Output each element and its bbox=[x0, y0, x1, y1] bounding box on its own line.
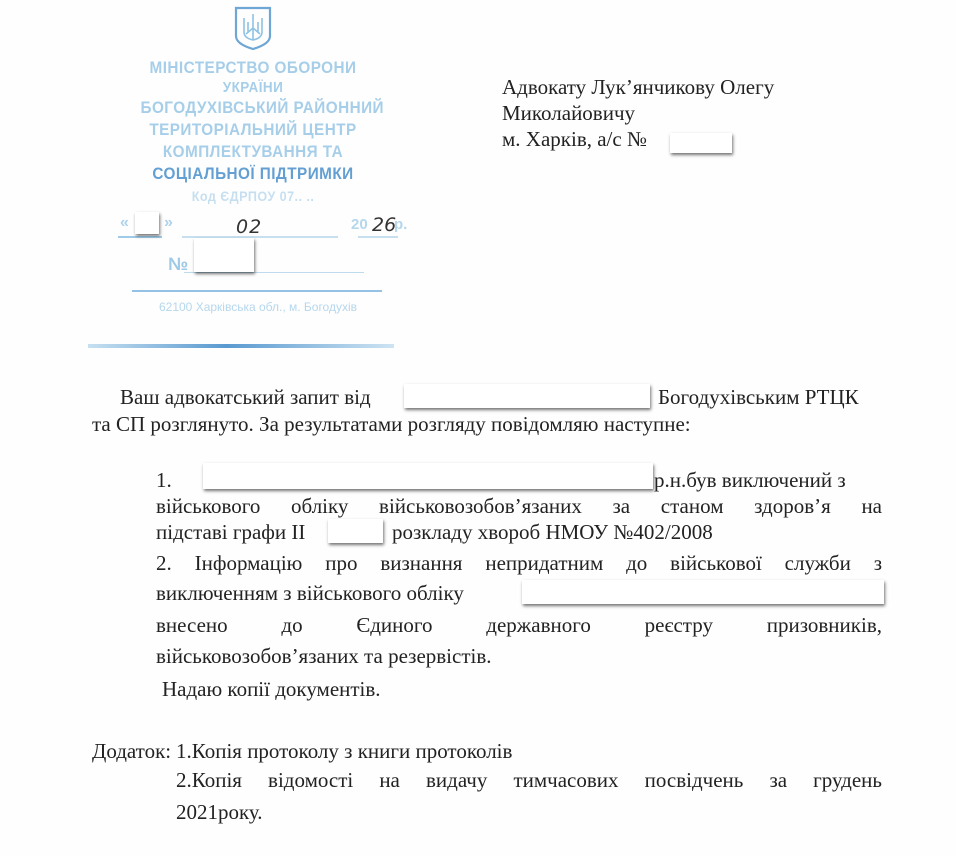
day-underline bbox=[118, 236, 162, 238]
stamp-line-center: ТЕРИТОРІАЛЬНИЙ ЦЕНТР bbox=[141, 120, 366, 140]
official-stamp: МІНІСТЕРСТВО ОБОРОНИ УКРАЇНИ БОГОДУХІВСЬ… bbox=[88, 0, 408, 360]
addressee-line-3: м. Харків, а/с № bbox=[502, 126, 774, 152]
attachments-label: Додаток: bbox=[92, 738, 171, 764]
number-underline bbox=[184, 272, 364, 273]
stamp-bottom-line bbox=[88, 344, 394, 348]
stamp-line-country: УКРАЇНИ bbox=[141, 78, 366, 98]
addressee-block: Адвокату Лук’янчикову Олегу Миколайовичу… bbox=[502, 74, 774, 152]
item-1-line-3-part-1: підставі графи ІІ bbox=[156, 519, 305, 545]
item-1-line-2: військового обліку військовозобов’язаних… bbox=[156, 493, 882, 519]
intro-part-2: Богодухівським РТЦК bbox=[658, 384, 859, 410]
item-2-line-2: виключенням з військового обліку bbox=[156, 580, 464, 606]
intro-part-1: Ваш адвокатський запит від bbox=[120, 384, 371, 410]
item-2-line-1: 2. Інформацію про визнання непридатним д… bbox=[156, 550, 882, 576]
stamp-line-recruitment: КОМПЛЕКТУВАННЯ ТА bbox=[141, 142, 366, 162]
item-2-line-4: військовозобов’язаних та резервістів. bbox=[156, 643, 492, 669]
intro-line-2: та СП розглянуто. За результатами розгля… bbox=[92, 411, 691, 437]
attachment-item-1: 1.Копія протоколу з книги протоколів bbox=[176, 738, 512, 764]
stamp-separator bbox=[132, 290, 382, 292]
stamp-line-district: БОГОДУХІВСЬКИЙ РАЙОННИЙ bbox=[141, 98, 366, 118]
year-prefix: 20 bbox=[351, 216, 368, 233]
year-underline bbox=[358, 236, 398, 238]
handwritten-year: 26 bbox=[372, 214, 396, 236]
redaction-request-date bbox=[404, 384, 650, 408]
item-1-part-1: р.н.був виключений з bbox=[654, 467, 846, 493]
item-1-line-3-part-2: розкладу хвороб НМОУ №402/2008 bbox=[392, 519, 713, 545]
redaction-day bbox=[135, 212, 159, 234]
item-2-line-3: внесено до Єдиного державного реєстру пр… bbox=[156, 612, 882, 638]
stamp-line-support: СОЦІАЛЬНОЇ ПІДТРИМКИ bbox=[141, 164, 366, 184]
stamp-line-ministry: МІНІСТЕРСТВО ОБОРОНИ bbox=[141, 58, 366, 78]
date-quote-open: « bbox=[120, 214, 129, 232]
addressee-line-1: Адвокату Лук’янчикову Олегу bbox=[502, 74, 774, 100]
letter-page: МІНІСТЕРСТВО ОБОРОНИ УКРАЇНИ БОГОДУХІВСЬ… bbox=[0, 0, 956, 856]
handwritten-month: 02 bbox=[236, 216, 262, 238]
redaction-po-box bbox=[670, 133, 732, 153]
redaction-person-name-2 bbox=[522, 580, 884, 604]
stamp-address: 62100 Харківська обл., м. Богодухів bbox=[158, 300, 358, 314]
attachment-item-2-line-1: 2.Копія відомості на видачу тимчасових п… bbox=[176, 767, 882, 793]
stamp-date-row: « » 02 20 26 р. bbox=[118, 214, 398, 244]
addressee-line-2: Миколайовичу bbox=[502, 100, 774, 126]
stamp-line-code: Код ЄДРПОУ 07.. .. bbox=[141, 186, 366, 206]
year-suffix: р. bbox=[394, 216, 407, 233]
item-1-number: 1. bbox=[156, 467, 172, 493]
attachment-item-2-line-2: 2021року. bbox=[176, 799, 263, 825]
redaction-reg-number bbox=[194, 238, 254, 272]
redaction-person-name bbox=[203, 463, 653, 489]
closing-line: Надаю копії документів. bbox=[162, 676, 381, 702]
date-quote-close: » bbox=[164, 214, 173, 232]
coat-of-arms-icon bbox=[234, 6, 272, 50]
redaction-article bbox=[328, 519, 383, 543]
